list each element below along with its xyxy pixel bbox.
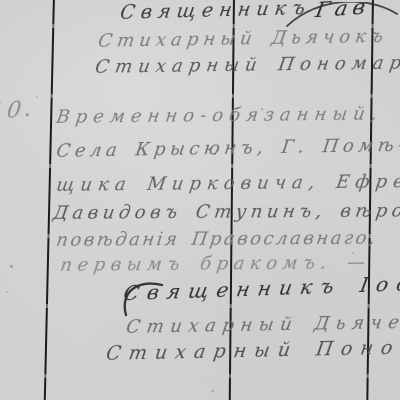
manuscript-scan: Священникъ Гав Стихарный Дьячокъ Со Стих… bbox=[0, 0, 400, 400]
ink-speckle bbox=[213, 153, 216, 155]
ink-speckle bbox=[6, 291, 8, 293]
ink-speckle bbox=[300, 62, 302, 64]
top-signature-deacon: Стихарный Дьячокъ Со bbox=[97, 25, 400, 52]
top-signature-sexton: Стихарный Пономарь bbox=[94, 52, 400, 78]
bottom-signature-deacon: Стихарный Дьячекъ bbox=[125, 312, 400, 338]
entry-line: Села Крысюнъ, Г. Помѣ- bbox=[55, 135, 400, 162]
entry-line: Давидовъ Ступинъ, вѣроис- bbox=[52, 200, 400, 224]
ink-speckle bbox=[211, 390, 214, 392]
ink-speckle bbox=[352, 252, 354, 254]
bottom-signature-priest: Священникъ Іос bbox=[122, 271, 400, 305]
record-number: 10. bbox=[0, 96, 36, 125]
ink-speckle bbox=[261, 108, 263, 110]
ink-speckle bbox=[10, 265, 13, 268]
bottom-signature-sexton: Стихарный Понома bbox=[105, 336, 400, 365]
entry-line: щика Мирковича, Ефремъ bbox=[55, 171, 400, 196]
entry-line: повѣданія Православнаго, bbox=[55, 228, 379, 251]
entry-line: Временно-обязанный, bbox=[55, 104, 384, 128]
entry-line: первымъ бракомъ. — bbox=[59, 252, 372, 276]
column-rule-left bbox=[44, 0, 55, 400]
ink-speckle bbox=[36, 96, 38, 98]
